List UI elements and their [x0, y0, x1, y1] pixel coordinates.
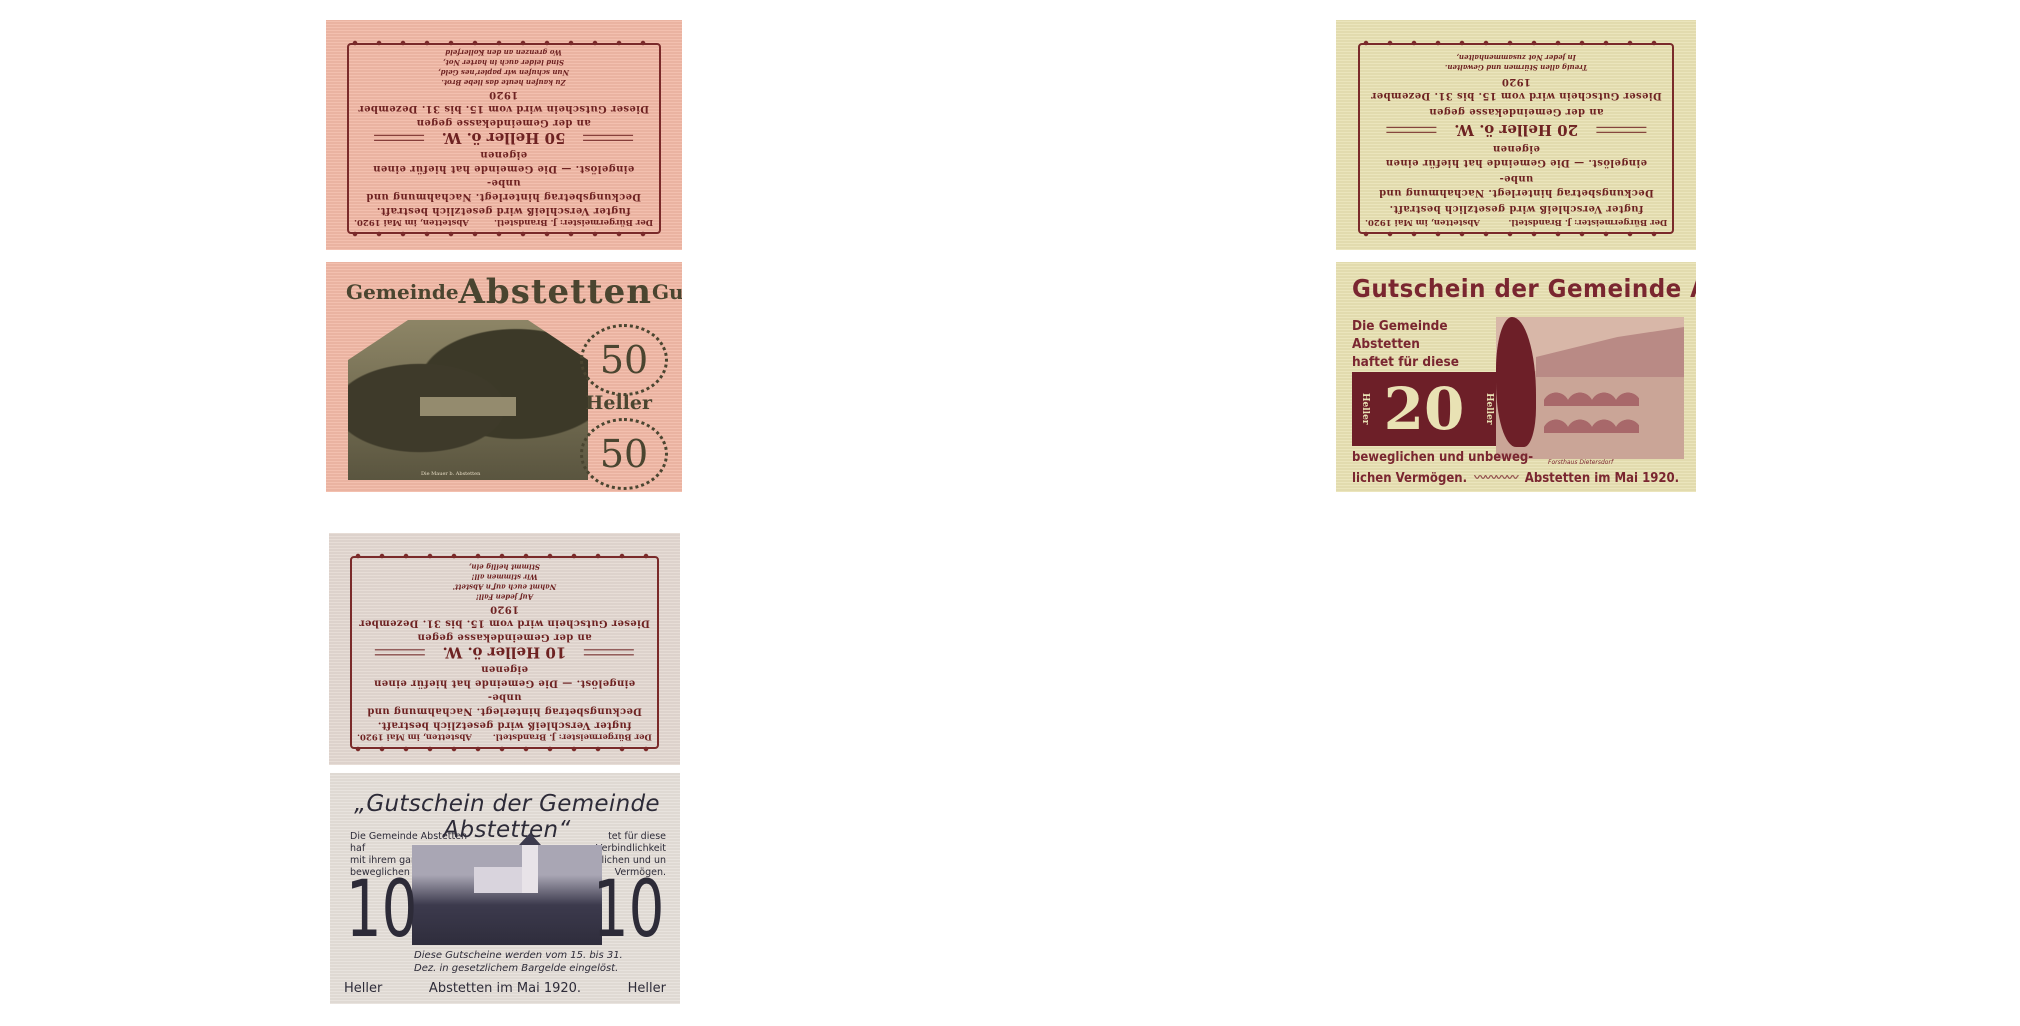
- denomination-right: 10: [593, 871, 664, 949]
- church-illustration: [412, 845, 602, 945]
- denomination-oval: 50: [580, 324, 668, 396]
- note-title: Gutschein der Gemeinde Abstetten: [1352, 274, 1657, 303]
- redemption-text: Diese Gutscheine werden vom 15. bis 31. …: [414, 949, 623, 975]
- denomination: 20: [1384, 375, 1465, 443]
- text-line: an der Gemeindekasse gegen: [357, 630, 652, 644]
- verse: Treuig allen Stürmen und Gewalten. In je…: [1365, 52, 1667, 72]
- denomination-block: Heller 20 Heller: [1352, 372, 1496, 446]
- place-date: Abstetten im Mai 1920.: [429, 981, 581, 996]
- note-50-heller-front: Gemeinde Abstetten Gutschein Die Mauer b…: [326, 262, 682, 492]
- value-line: 10 Heller ö. W.: [357, 644, 652, 662]
- verse: Zu kaufen heute das liebe Brot. Nun schu…: [354, 47, 653, 87]
- signature: Der Bürgermeister: J. Brandstetl.: [495, 217, 654, 227]
- text-line: eingelöst. — Die Gemeinde hat hiefür ein…: [357, 662, 652, 690]
- place-date: Abstetten, im Mai 1920.: [1365, 217, 1480, 227]
- value-line: 50 Heller ö. W.: [354, 129, 653, 147]
- note-20-heller-front: Gutschein der Gemeinde Abstetten Die Gem…: [1336, 262, 1696, 492]
- place-date: Abstetten, im Mai 1920.: [357, 732, 472, 742]
- signature: Der Bürgermeister: J. Brandstetl.: [493, 732, 652, 742]
- image-caption: Forsthaus Dietersdorf: [1548, 459, 1613, 466]
- note-title: Gemeinde Abstetten Gutschein: [346, 270, 672, 314]
- denomination-text: 50 Heller ö. W.: [442, 129, 566, 147]
- verse: Auf jeden Fall! Nahmt euch auf'n Abstett…: [357, 562, 652, 602]
- text-line: Dieser Gutschein wird vom 15. bis 31. De…: [357, 602, 652, 630]
- note-20-heller-back: Der Bürgermeister: J. Brandstetl. Abstet…: [1336, 20, 1696, 250]
- note-10-heller-front: „Gutschein der Gemeinde Abstetten“ Die G…: [330, 773, 680, 1004]
- back-text: Der Bürgermeister: J. Brandstetl. Abstet…: [354, 52, 653, 227]
- text-line: Deckungsbetrag hinterlegt. Nachahmung un…: [354, 175, 653, 203]
- text-line: beweglichen und unbeweg-: [1352, 450, 1533, 465]
- place-date: Abstetten, im Mai 1920.: [354, 217, 469, 227]
- village-illustration: [348, 320, 588, 480]
- denomination-text: 10 Heller ö. W.: [443, 644, 567, 662]
- back-text: Der Bürgermeister: J. Brandstetl. Abstet…: [1365, 52, 1667, 227]
- text-line: an der Gemeindekasse gegen: [354, 115, 653, 129]
- note-50-heller-back: Der Bürgermeister: J. Brandstetl. Abstet…: [326, 20, 682, 250]
- courtyard-illustration: [1496, 317, 1684, 459]
- value-line: 20 Heller ö. W.: [1365, 121, 1667, 139]
- unit-label: Heller: [585, 392, 652, 414]
- text-line: Dieser Gutschein wird vom 15. bis 31. De…: [354, 87, 653, 115]
- image-caption: Die Mauer b. Abstetten: [421, 471, 480, 477]
- text-line: fugter Verschleiß wird gesetzlich bestra…: [357, 718, 652, 732]
- place-date: Abstetten im Mai 1920.: [1525, 471, 1679, 486]
- text-line: eingelöst. — Die Gemeinde hat hiefür ein…: [1365, 141, 1667, 169]
- text-line: fugter Verschleiß wird gesetzlich bestra…: [354, 203, 653, 217]
- denomination-text: 20 Heller ö. W.: [1454, 121, 1578, 139]
- text-line: Deckungsbetrag hinterlegt. Nachahmung un…: [1365, 171, 1667, 199]
- denomination-oval: 50: [580, 418, 668, 490]
- note-10-heller-back: Der Bürgermeister: J. Brandstetl. Abstet…: [329, 533, 680, 765]
- text-line: an der Gemeindekasse gegen: [1365, 104, 1667, 118]
- signature: Der Bürgermeister: J. Brandstetl.: [1508, 217, 1667, 227]
- text-line: Deckungsbetrag hinterlegt. Nachahmung un…: [357, 690, 652, 718]
- denomination-left: 10: [346, 871, 417, 949]
- text-line: eingelöst. — Die Gemeinde hat hiefür ein…: [354, 147, 653, 175]
- text-line: Dieser Gutschein wird vom 15. bis 31. De…: [1365, 74, 1667, 102]
- back-text: Der Bürgermeister: J. Brandstetl. Abstet…: [357, 565, 652, 741]
- note-footer: Heller Abstetten im Mai 1920. Heller: [344, 981, 666, 996]
- text-line: lichen Vermögen. 〰〰〰〰 Abstetten im Mai 1…: [1352, 467, 1679, 486]
- text-line: fugter Verschleiß wird gesetzlich bestra…: [1365, 201, 1667, 215]
